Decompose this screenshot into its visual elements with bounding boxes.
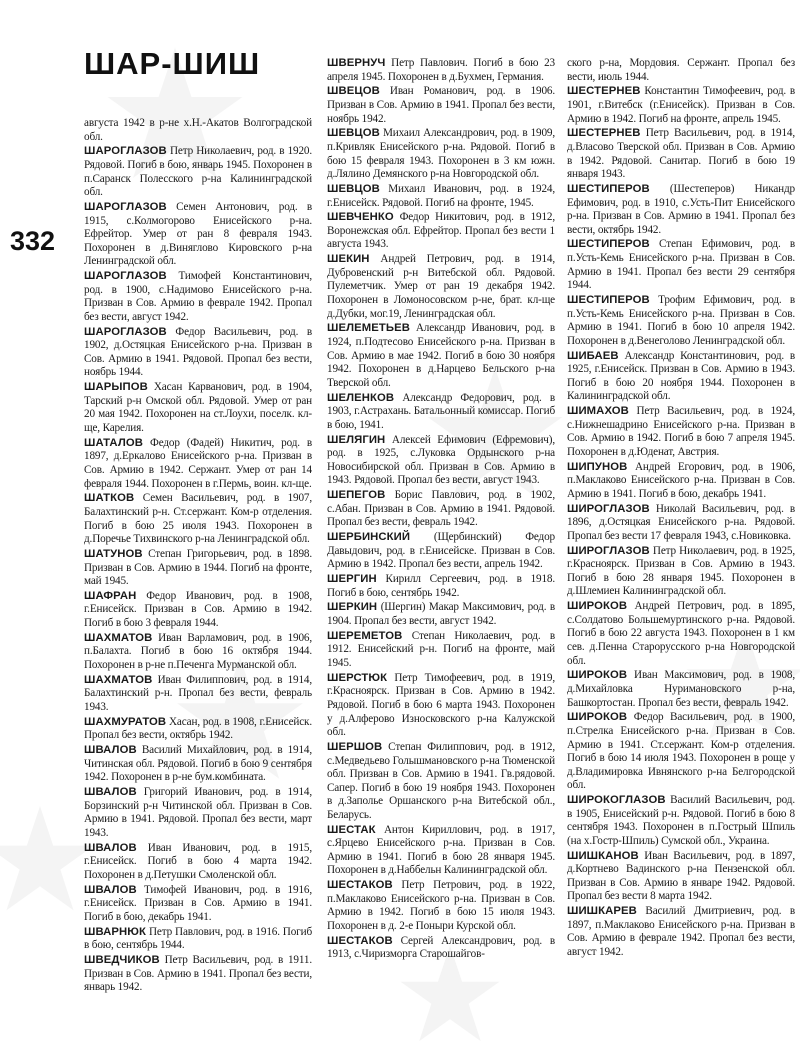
page-number: 332 (10, 226, 55, 257)
registry-entry: ШЕРБИНСКИЙ (Щербинский) Федор Давыдович,… (327, 531, 555, 572)
entry-surname: ШАРОГЛАЗОВ (84, 326, 167, 338)
entry-surname: ШЕРГИН (327, 573, 377, 585)
registry-entry: ШИРОКОВ Федор Васильевич, род. в 1900, п… (567, 711, 795, 793)
entry-surname: ШАТКОВ (84, 492, 134, 504)
registry-entry: ШАХМАТОВ Иван Филиппович, род. в 1914, Б… (84, 674, 312, 715)
registry-entry: ШЕКИН Андрей Петрович, род. в 1914, Дубр… (327, 253, 555, 321)
entry-surname: ШЕСТЕРНЕВ (567, 127, 641, 139)
text-column-2: ШВЕРНУЧ Петр Павлович. Погиб в бою 23 ап… (327, 57, 555, 963)
registry-entry: ШВАРНЮК Петр Павлович, род. в 1916. Поги… (84, 926, 312, 953)
entry-surname: ШВЕДЧИКОВ (84, 954, 160, 966)
entry-text: ского р-на, Мордовия. Сержант. Пропал бе… (567, 57, 795, 83)
entry-surname: ШЕРЕМЕТОВ (327, 630, 402, 642)
entry-surname: ШАРОГЛАЗОВ (84, 270, 167, 282)
entry-surname: ШЕПЕГОВ (327, 489, 385, 501)
entry-surname: ШИРОГЛАЗОВ (567, 503, 650, 515)
entry-surname: ШЕЛЕНКОВ (327, 392, 394, 404)
entry-text: августа 1942 в р-не х.Н.-Акатов Волгогра… (84, 117, 312, 143)
entry-surname: ШВАЛОВ (84, 786, 137, 798)
registry-entry: ШИРОГЛАЗОВ Петр Николаевич, род. в 1925,… (567, 545, 795, 599)
entry-surname: ШЕСТЕРНЕВ (567, 85, 641, 97)
entry-surname: ШВАРНЮК (84, 926, 146, 938)
registry-entry-continuation: августа 1942 в р-не х.Н.-Акатов Волгогра… (84, 117, 312, 144)
registry-entry: ШВАЛОВ Иван Иванович, род. в 1915, г.Ени… (84, 842, 312, 883)
registry-entry: ШЕРЕМЕТОВ Степан Николаевич, род. в 1912… (327, 630, 555, 671)
entry-surname: ШВАЛОВ (84, 884, 137, 896)
registry-entry: ШАТАЛОВ Федор (Фадей) Никитич, род. в 18… (84, 437, 312, 491)
entry-surname: ШЕВЦОВ (327, 183, 380, 195)
registry-entry: ШАТУНОВ Степан Григорьевич, род. в 1898.… (84, 548, 312, 589)
registry-entry: ШАРЫПОВ Хасан Карванович, род. в 1904, Т… (84, 381, 312, 435)
text-column-3: ского р-на, Мордовия. Сержант. Пропал бе… (567, 57, 795, 961)
registry-entry: ШИРОКОВ Иван Максимович, род. в 1908, д.… (567, 669, 795, 710)
entry-surname: ШЕСТИПЕРОВ (567, 183, 650, 195)
registry-entry: ШЕСТЕРНЕВ Константин Тимофеевич, род. в … (567, 85, 795, 126)
entry-surname: ШЕРШОВ (327, 741, 382, 753)
entry-surname: ШВЕРНУЧ (327, 57, 385, 69)
registry-entry: ШВАЛОВ Василий Михайлович, род. в 1914, … (84, 744, 312, 785)
entry-surname: ШИШКАРЕВ (567, 905, 637, 917)
registry-entry: ШИШКАНОВ Иван Васильевич, род. в 1897, д… (567, 850, 795, 904)
registry-entry: ШЕЛЕНКОВ Александр Федорович, род. в 190… (327, 392, 555, 433)
registry-entry: ШЕЛЯГИН Алексей Ефимович (Ефремович), ро… (327, 434, 555, 488)
entry-surname: ШАТАЛОВ (84, 437, 143, 449)
registry-entry: ШИШКАРЕВ Василий Дмитриевич, род. в 1897… (567, 905, 795, 959)
entry-surname: ШВАЛОВ (84, 842, 137, 854)
entry-surname: ШАФРАН (84, 590, 136, 602)
entry-surname: ШИРОКОВ (567, 711, 627, 723)
registry-entry: ШЕРГИН Кирилл Сергеевич, род. в 1918. По… (327, 573, 555, 600)
registry-entry: ШИРОКОГЛАЗОВ Василий Васильевич, род. в … (567, 794, 795, 848)
registry-entry: ШЕВЦОВ Михаил Иванович, род. в 1924, г.Е… (327, 183, 555, 210)
registry-entry: ШВЕРНУЧ Петр Павлович. Погиб в бою 23 ап… (327, 57, 555, 84)
entry-surname: ШЕРСТЮК (327, 672, 387, 684)
registry-entry: ШАФРАН Федор Иванович, род. в 1908, г.Ен… (84, 590, 312, 631)
entry-surname: ШЕСТИПЕРОВ (567, 294, 650, 306)
entry-surname: ШАХМУРАТОВ (84, 716, 166, 728)
registry-entry: ШЕСТАК Антон Кириллович, род. в 1917, с.… (327, 824, 555, 878)
registry-entry: ШЕВЧЕНКО Федор Никитович, род. в 1912, В… (327, 211, 555, 252)
registry-entry: ШАХМАТОВ Иван Варламович, род. в 1906, п… (84, 632, 312, 673)
registry-entry: ШЕСТИПЕРОВ Степан Ефимович, род. в п.Уст… (567, 238, 795, 292)
registry-entry: ШВЕДЧИКОВ Петр Васильевич, род. в 1911. … (84, 954, 312, 995)
entry-surname: ШЕСТАКОВ (327, 935, 393, 947)
registry-entry: ШЕСТИПЕРОВ Трофим Ефимович, род. в п.Уст… (567, 294, 795, 348)
entry-surname: ШЕСТАКОВ (327, 879, 393, 891)
entry-surname: ШАХМАТОВ (84, 674, 152, 686)
entry-surname: ШЕЛЕМЕТЬЕВ (327, 322, 410, 334)
entry-surname: ШАТУНОВ (84, 548, 143, 560)
entry-surname: ШИРОГЛАЗОВ (567, 545, 650, 557)
registry-entry: ШЕСТИПЕРОВ (Шестеперов) Никандр Ефимович… (567, 183, 795, 237)
text-column-1: августа 1942 в р-не х.Н.-Акатов Волгогра… (84, 117, 312, 996)
entry-surname: ШЕКИН (327, 253, 370, 265)
registry-entry: ШИРОКОВ Андрей Петрович, род. в 1895, с.… (567, 600, 795, 668)
registry-entry: ШАРОГЛАЗОВ Семен Антонович, род. в 1915,… (84, 201, 312, 269)
registry-entry: ШЕРКИН (Шергин) Макар Максимович, род. в… (327, 601, 555, 628)
page-title: ШАР-ШИШ (84, 46, 260, 82)
entry-surname: ШАХМАТОВ (84, 632, 152, 644)
registry-entry: ШЕСТЕРНЕВ Петр Васильевич, род. в 1914, … (567, 127, 795, 181)
registry-entry: ШВАЛОВ Тимофей Иванович, род. в 1916, г.… (84, 884, 312, 925)
entry-surname: ШАРОГЛАЗОВ (84, 201, 167, 213)
registry-entry: ШАХМУРАТОВ Хасан, род. в 1908, г.Енисейс… (84, 716, 312, 743)
registry-entry: ШЕЛЕМЕТЬЕВ Александр Иванович, род. в 19… (327, 322, 555, 390)
entry-surname: ШИРОКОВ (567, 600, 627, 612)
registry-entry: ШЕРСТЮК Петр Тимофеевич, род. в 1919, г.… (327, 672, 555, 740)
entry-surname: ШАРОГЛАЗОВ (84, 145, 167, 157)
entry-surname: ШИМАХОВ (567, 405, 629, 417)
registry-entry: ШАРОГЛАЗОВ Тимофей Константинович, род. … (84, 270, 312, 324)
entry-surname: ШИРОКОГЛАЗОВ (567, 794, 666, 806)
registry-entry: ШЕВЦОВ Михаил Александрович, род. в 1909… (327, 127, 555, 181)
registry-entry: ШИБАЕВ Александр Константинович, род. в … (567, 350, 795, 404)
entry-surname: ШАРЫПОВ (84, 381, 148, 393)
entry-surname: ШЕВЦОВ (327, 127, 380, 139)
registry-entry: ШЕСТАКОВ Петр Петрович, род. в 1922, п.М… (327, 879, 555, 933)
registry-entry: ШВАЛОВ Григорий Иванович, род. в 1914, Б… (84, 786, 312, 840)
entry-surname: ШЕЛЯГИН (327, 434, 385, 446)
registry-entry: ШЕПЕГОВ Борис Павлович, род. в 1902, с.А… (327, 489, 555, 530)
registry-entry: ШИРОГЛАЗОВ Николай Васильевич, род. в 18… (567, 503, 795, 544)
entry-surname: ШЕСТАК (327, 824, 376, 836)
entry-surname: ШЕРКИН (327, 601, 377, 613)
entry-surname: ШИШКАНОВ (567, 850, 639, 862)
registry-entry-continuation: ского р-на, Мордовия. Сержант. Пропал бе… (567, 57, 795, 84)
entry-surname: ШЕВЧЕНКО (327, 211, 394, 223)
entry-surname: ШЕСТИПЕРОВ (567, 238, 650, 250)
entry-surname: ШВЕЦОВ (327, 85, 380, 97)
registry-entry: ШАРОГЛАЗОВ Петр Николаевич, род. в 1920.… (84, 145, 312, 199)
registry-entry: ШЕРШОВ Степан Филиппович, род. в 1912, с… (327, 741, 555, 823)
entry-surname: ШИПУНОВ (567, 461, 627, 473)
entry-surname: ШИРОКОВ (567, 669, 627, 681)
registry-entry: ШИМАХОВ Петр Васильевич, род. в 1924, с.… (567, 405, 795, 459)
registry-entry: ШЕСТАКОВ Сергей Александрович, род. в 19… (327, 935, 555, 962)
registry-entry: ШВЕЦОВ Иван Романович, род. в 1906. Приз… (327, 85, 555, 126)
registry-entry: ШИПУНОВ Андрей Егорович, род. в 1906, п.… (567, 461, 795, 502)
entry-surname: ШИБАЕВ (567, 350, 619, 362)
registry-entry: ШАРОГЛАЗОВ Федор Васильевич, род. в 1902… (84, 326, 312, 380)
entry-surname: ШЕРБИНСКИЙ (327, 531, 410, 543)
entry-surname: ШВАЛОВ (84, 744, 137, 756)
registry-entry: ШАТКОВ Семен Васильевич, род. в 1907, Ба… (84, 492, 312, 546)
